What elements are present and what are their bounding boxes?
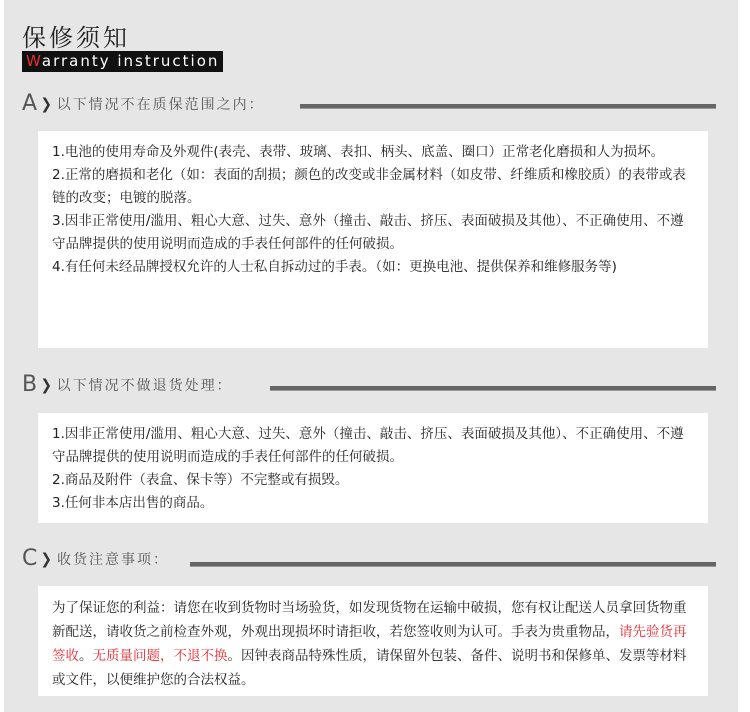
subtitle-initial: W — [26, 52, 42, 70]
notice-paragraph: 为了保证您的利益：请您在收到货物时当场验货，如发现货物在运输中破损，您有权让配送… — [52, 596, 694, 692]
section-b-header: B ❯ 以下情况不做退货处理： — [22, 372, 233, 398]
notice-text: 为了保证您的利益：请您在收到货物时当场验货，如发现货物在运输中破损，您有权让配送… — [52, 600, 687, 640]
page-subtitle-badge: Warranty instruction — [22, 51, 223, 72]
list-item: 1.电池的使用寿命及外观件(表壳、表带、玻璃、表扣、柄头、底盖、圈口）正常老化磨… — [52, 141, 694, 164]
section-divider — [300, 104, 716, 109]
section-a-header: A ❯ 以下情况不在质保范围之内： — [22, 91, 265, 117]
page-title: 保修须知 — [22, 18, 130, 53]
list-item: 2.正常的磨损和老化（如：表面的刮损；颜色的改变或非金属材料（如皮带、纤维质和橡… — [52, 164, 694, 210]
chevron-right-icon: ❯ — [41, 95, 52, 113]
section-divider — [190, 562, 716, 567]
notice-text: 。 — [79, 648, 93, 664]
section-c-card: 为了保证您的利益：请您在收到货物时当场验货，如发现货物在运输中破损，您有权让配送… — [38, 586, 708, 696]
list-item: 3.因非正常使用/滥用、粗心大意、过失、意外（撞击、敲击、挤压、表面破损及其他）… — [52, 210, 694, 256]
section-letter: B — [22, 372, 37, 398]
chevron-right-icon: ❯ — [41, 550, 52, 568]
section-c-header: C ❯ 收货注意事项： — [22, 546, 169, 572]
list-item: 4.有任何未经品牌授权允许的人士私自拆动过的手表。（如：更换电池、提供保养和维修… — [52, 256, 694, 279]
list-item: 3.任何非本店出售的商品。 — [52, 492, 694, 515]
list-item: 2.商品及附件（表盒、保卡等）不完整或有损毁。 — [52, 469, 694, 492]
list-item: 1.因非正常使用/滥用、粗心大意、过失、意外（撞击、敲击、挤压、表面破损及其他）… — [52, 423, 694, 469]
subtitle-rest: arranty instruction — [42, 52, 220, 70]
chevron-right-icon: ❯ — [41, 376, 52, 394]
section-letter: A — [22, 91, 37, 117]
section-letter: C — [22, 546, 37, 572]
warranty-page: 保修须知 Warranty instruction A ❯ 以下情况不在质保范围… — [4, 0, 738, 712]
section-title: 以下情况不在质保范围之内： — [57, 94, 265, 114]
notice-highlight: 无质量问题，不退不换 — [93, 648, 228, 664]
section-title: 以下情况不做退货处理： — [57, 375, 233, 395]
section-a-card: 1.电池的使用寿命及外观件(表壳、表带、玻璃、表扣、柄头、底盖、圈口）正常老化磨… — [38, 131, 708, 348]
section-title: 收货注意事项： — [57, 549, 169, 569]
section-divider — [270, 386, 716, 391]
section-b-card: 1.因非正常使用/滥用、粗心大意、过失、意外（撞击、敲击、挤压、表面破损及其他）… — [38, 413, 708, 523]
